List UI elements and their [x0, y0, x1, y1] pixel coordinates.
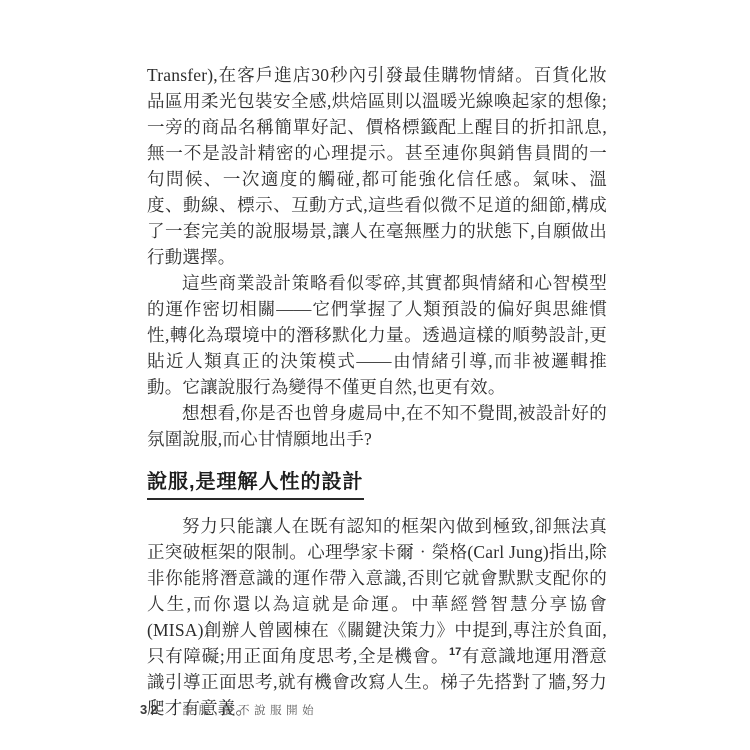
paragraph-think-about-it: 想想看,你是否也曾身處局中,在不知不覺間,被設計好的氛圍說服,而心甘情願地出手? — [147, 400, 607, 452]
paragraph-carl-jung-text-before-footnote: 努力只能讓人在既有認知的框架內做到極致,卻無法真正突破框架的限制。心理學家卡爾‧… — [147, 516, 607, 666]
paragraph-business-design-strategy: 這些商業設計策略看似零碎,其實都與情緒和心智模型的運作密切相關——它們掌握了人類… — [147, 270, 607, 400]
book-page: Transfer),在客戶進店30秒內引發最佳購物情緒。百貨化妝品區用柔光包裝安… — [0, 0, 750, 750]
footer-page-number: 32 — [140, 702, 160, 717]
page-footer: 32 說服,從不說服開始 — [140, 702, 318, 718]
paragraph-carl-jung-subconscious: 努力只能讓人在既有認知的框架內做到極致,卻無法真正突破框架的限制。心理學家卡爾‧… — [147, 513, 607, 721]
section-heading: 說服,是理解人性的設計 — [147, 471, 364, 500]
footnote-marker-17: 17 — [449, 646, 461, 658]
paragraph-transfer-store-design: Transfer),在客戶進店30秒內引發最佳購物情緒。百貨化妝品區用柔光包裝安… — [147, 62, 607, 270]
section-heading-wrap: 說服,是理解人性的設計 — [147, 469, 607, 500]
footer-book-title: 說服,從不說服開始 — [182, 702, 318, 718]
body-text-column: Transfer),在客戶進店30秒內引發最佳購物情緒。百貨化妝品區用柔光包裝安… — [147, 62, 607, 721]
